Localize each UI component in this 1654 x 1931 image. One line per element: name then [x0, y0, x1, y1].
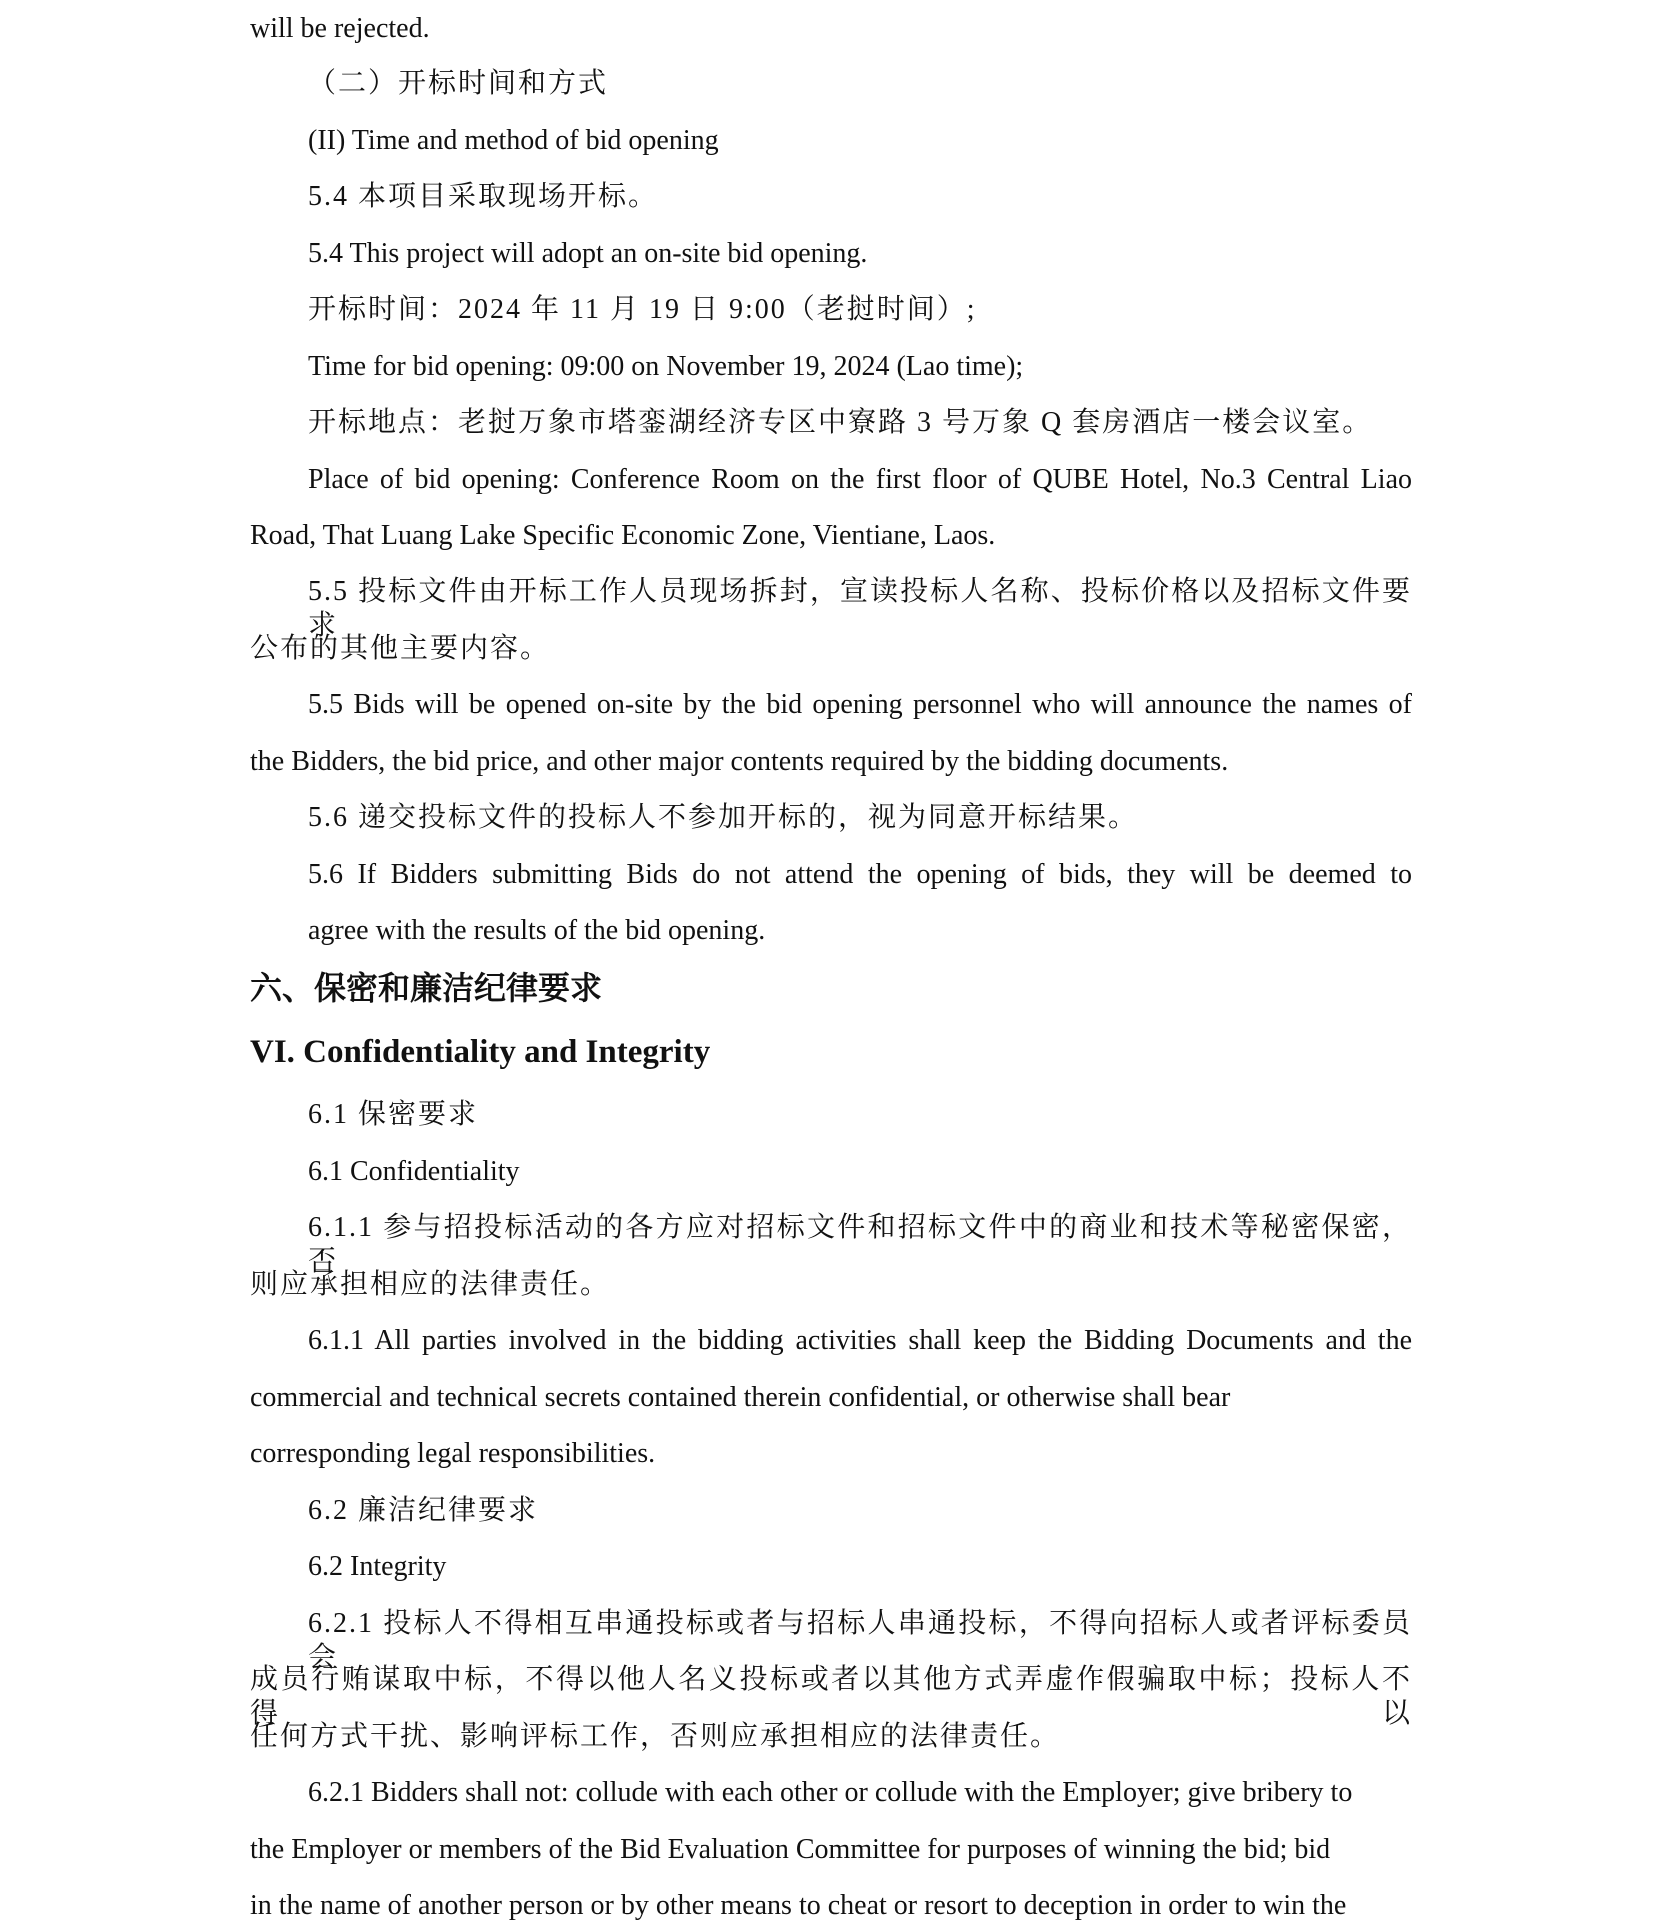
clause-5-6-zh: 5.6 递交投标文件的投标人不参加开标的，视为同意开标结果。 — [308, 801, 1412, 835]
bid-opening-time-en: Time for bid opening: 09:00 on November … — [308, 350, 1412, 384]
clause-6-2-1-zh-cont2: 任何方式干扰、影响评标工作，否则应承担相应的法律责任。 — [250, 1720, 1412, 1754]
bid-opening-place-en-cont: Road, That Luang Lake Specific Economic … — [250, 519, 1412, 553]
bid-opening-place-en: Place of bid opening: Conference Room on… — [308, 463, 1412, 497]
clause-5-6-en: 5.6 If Bidders submitting Bids do not at… — [308, 858, 1412, 892]
clause-6-1-1-en-cont: commercial and technical secrets contain… — [250, 1381, 1412, 1415]
subsection-heading-zh: （二）开标时间和方式 — [308, 67, 1412, 101]
clause-6-2-1-en-cont: the Employer or members of the Bid Evalu… — [250, 1833, 1412, 1867]
clause-5-4-en: 5.4 This project will adopt an on-site b… — [308, 237, 1412, 271]
clause-6-1-1-en-cont2: corresponding legal responsibilities. — [250, 1437, 1412, 1471]
subsection-heading-en: (II) Time and method of bid opening — [308, 124, 1412, 158]
clause-5-5-zh-cont: 公布的其他主要内容。 — [250, 632, 1412, 666]
paragraph-line: will be rejected. — [250, 12, 1412, 46]
clause-5-5-en: 5.5 Bids will be opened on-site by the b… — [308, 688, 1412, 722]
clause-6-2-1-en: 6.2.1 Bidders shall not: collude with ea… — [308, 1776, 1412, 1810]
clause-5-5-en-cont: the Bidders, the bid price, and other ma… — [250, 745, 1412, 779]
section-heading-zh: 六、保密和廉洁纪律要求 — [250, 968, 1412, 1008]
clause-6-1-1-en: 6.1.1 All parties involved in the biddin… — [308, 1324, 1412, 1358]
section-heading-en: VI. Confidentiality and Integrity — [250, 1032, 1412, 1072]
clause-6-2-en: 6.2 Integrity — [308, 1550, 1412, 1584]
clause-6-2-1-en-cont2: in the name of another person or by othe… — [250, 1889, 1412, 1923]
clause-6-2-zh: 6.2 廉洁纪律要求 — [308, 1494, 1412, 1528]
clause-5-6-en-cont: agree with the results of the bid openin… — [308, 914, 1412, 948]
bid-opening-place-zh: 开标地点：老挝万象市塔銮湖经济专区中寮路 3 号万象 Q 套房酒店一楼会议室。 — [308, 406, 1412, 440]
clause-5-4-zh: 5.4 本项目采取现场开标。 — [308, 180, 1412, 214]
clause-6-1-1-zh-cont: 则应承担相应的法律责任。 — [250, 1268, 1412, 1302]
clause-6-1-zh: 6.1 保密要求 — [308, 1098, 1412, 1132]
bid-opening-time-zh: 开标时间：2024 年 11 月 19 日 9:00（老挝时间）; — [308, 293, 1412, 327]
clause-6-1-en: 6.1 Confidentiality — [308, 1155, 1412, 1189]
